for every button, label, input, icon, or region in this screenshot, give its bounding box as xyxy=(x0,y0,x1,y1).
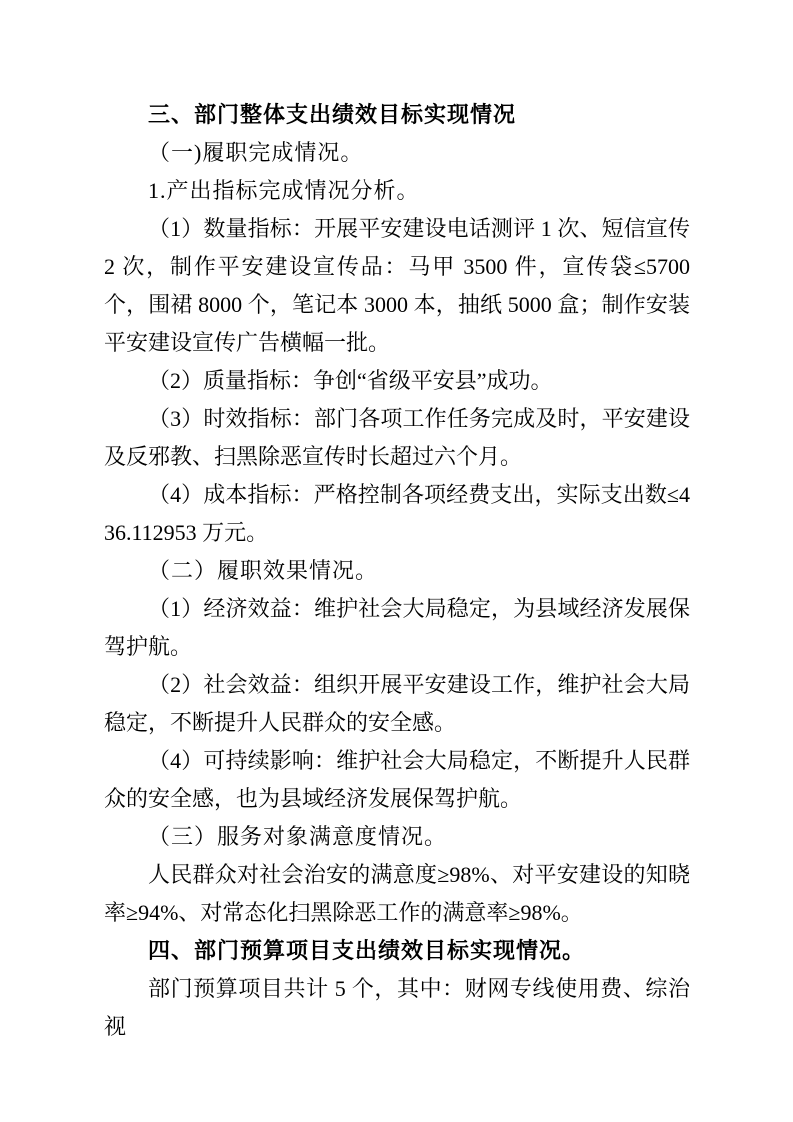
paragraph-3: 1.产出指标完成情况分析。 xyxy=(104,172,690,210)
paragraph-4: （1）数量指标：开展平安建设电话测评 1 次、短信宣传 2 次，制作平安建设宣传… xyxy=(104,210,690,362)
paragraph-13: 人民群众对社会治安的满意度≥98%、对平安建设的知晓率≥94%、对常态化扫黑除恶… xyxy=(104,856,690,932)
paragraph-1: 三、部门整体支出绩效目标实现情况 xyxy=(104,96,690,134)
paragraph-12: （三）服务对象满意度情况。 xyxy=(104,818,690,856)
document-page: 三、部门整体支出绩效目标实现情况（一)履职完成情况。1.产出指标完成情况分析。（… xyxy=(0,0,793,1122)
paragraph-2: （一)履职完成情况。 xyxy=(104,134,690,172)
paragraph-14: 四、部门预算项目支出绩效目标实现情况。 xyxy=(104,932,690,970)
paragraph-5: （2）质量指标：争创“省级平安县”成功。 xyxy=(104,362,690,400)
paragraph-7: （4）成本指标：严格控制各项经费支出，实际支出数≤436.112953 万元。 xyxy=(104,476,690,552)
paragraph-15: 部门预算项目共计 5 个，其中：财网专线使用费、综治视 xyxy=(104,970,690,1046)
paragraph-9: （1）经济效益：维护社会大局稳定，为县域经济发展保驾护航。 xyxy=(104,590,690,666)
paragraph-10: （2）社会效益：组织开展平安建设工作，维护社会大局稳定，不断提升人民群众的安全感… xyxy=(104,666,690,742)
paragraph-11: （4）可持续影响：维护社会大局稳定，不断提升人民群众的安全感，也为县域经济发展保… xyxy=(104,742,690,818)
document-body: 三、部门整体支出绩效目标实现情况（一)履职完成情况。1.产出指标完成情况分析。（… xyxy=(104,96,690,1046)
paragraph-8: （二）履职效果情况。 xyxy=(104,552,690,590)
paragraph-6: （3）时效指标：部门各项工作任务完成及时，平安建设及反邪教、扫黑除恶宣传时长超过… xyxy=(104,400,690,476)
